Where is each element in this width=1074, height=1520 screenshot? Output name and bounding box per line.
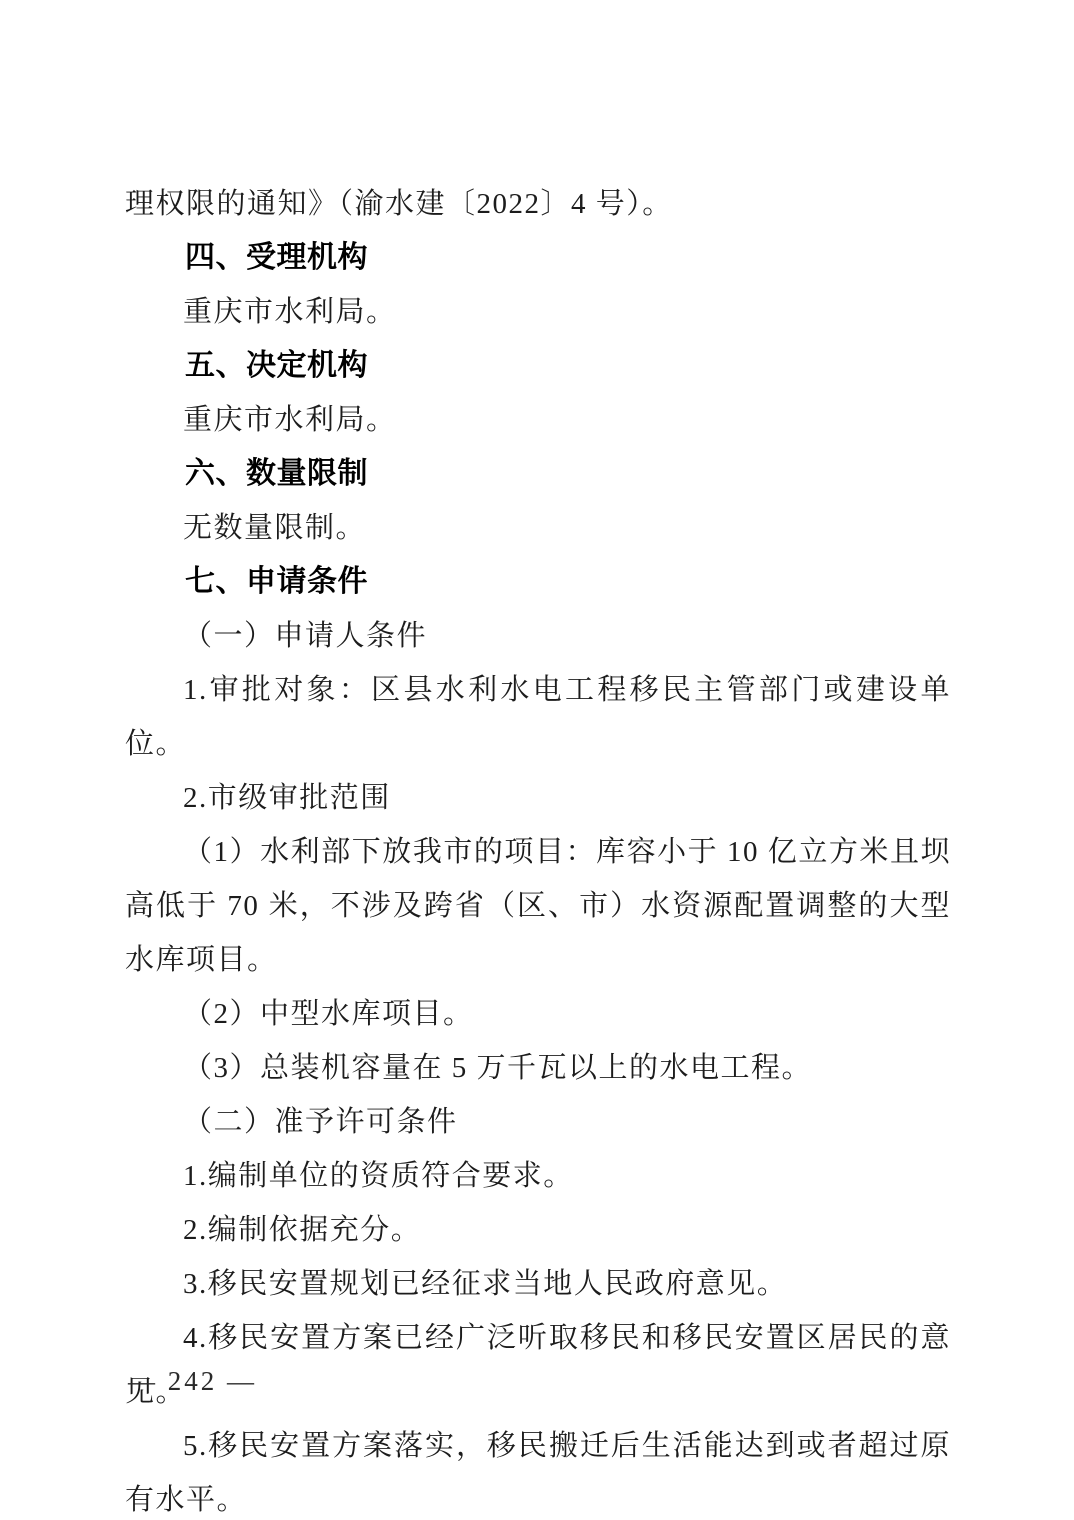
doc-paragraph: （二）准予许可条件 [125,1095,951,1149]
doc-paragraph: 重庆市水利局。 [125,393,951,447]
document-page: 理权限的通知》（渝水建〔2022〕4 号）。四、受理机构重庆市水利局。五、决定机… [0,0,1074,1520]
doc-paragraph: 2.市级审批范围 [125,771,951,825]
doc-paragraph: （2）中型水库项目。 [125,987,951,1041]
document-content: 理权限的通知》（渝水建〔2022〕4 号）。四、受理机构重庆市水利局。五、决定机… [125,177,951,1520]
page-number: — 242 — [128,1363,257,1399]
doc-heading: 四、受理机构 [125,231,951,285]
doc-paragraph: 理权限的通知》（渝水建〔2022〕4 号）。 [125,177,951,231]
doc-heading: 七、申请条件 [125,555,951,609]
doc-paragraph: 1.审批对象：区县水利水电工程移民主管部门或建设单位。 [125,663,951,771]
doc-paragraph: （一）申请人条件 [125,609,951,663]
doc-heading: 六、数量限制 [125,447,951,501]
doc-paragraph: 2.编制依据充分。 [125,1203,951,1257]
doc-paragraph: 3.移民安置规划已经征求当地人民政府意见。 [125,1257,951,1311]
doc-heading: 五、决定机构 [125,339,951,393]
doc-paragraph: 无数量限制。 [125,501,951,555]
doc-paragraph: 5.移民安置方案落实，移民搬迁后生活能达到或者超过原有水平。 [125,1419,951,1520]
doc-paragraph: （3）总装机容量在 5 万千瓦以上的水电工程。 [125,1041,951,1095]
doc-paragraph: 重庆市水利局。 [125,285,951,339]
doc-paragraph: （1）水利部下放我市的项目：库容小于 10 亿立方米且坝高低于 70 米，不涉及… [125,825,951,987]
doc-paragraph: 1.编制单位的资质符合要求。 [125,1149,951,1203]
